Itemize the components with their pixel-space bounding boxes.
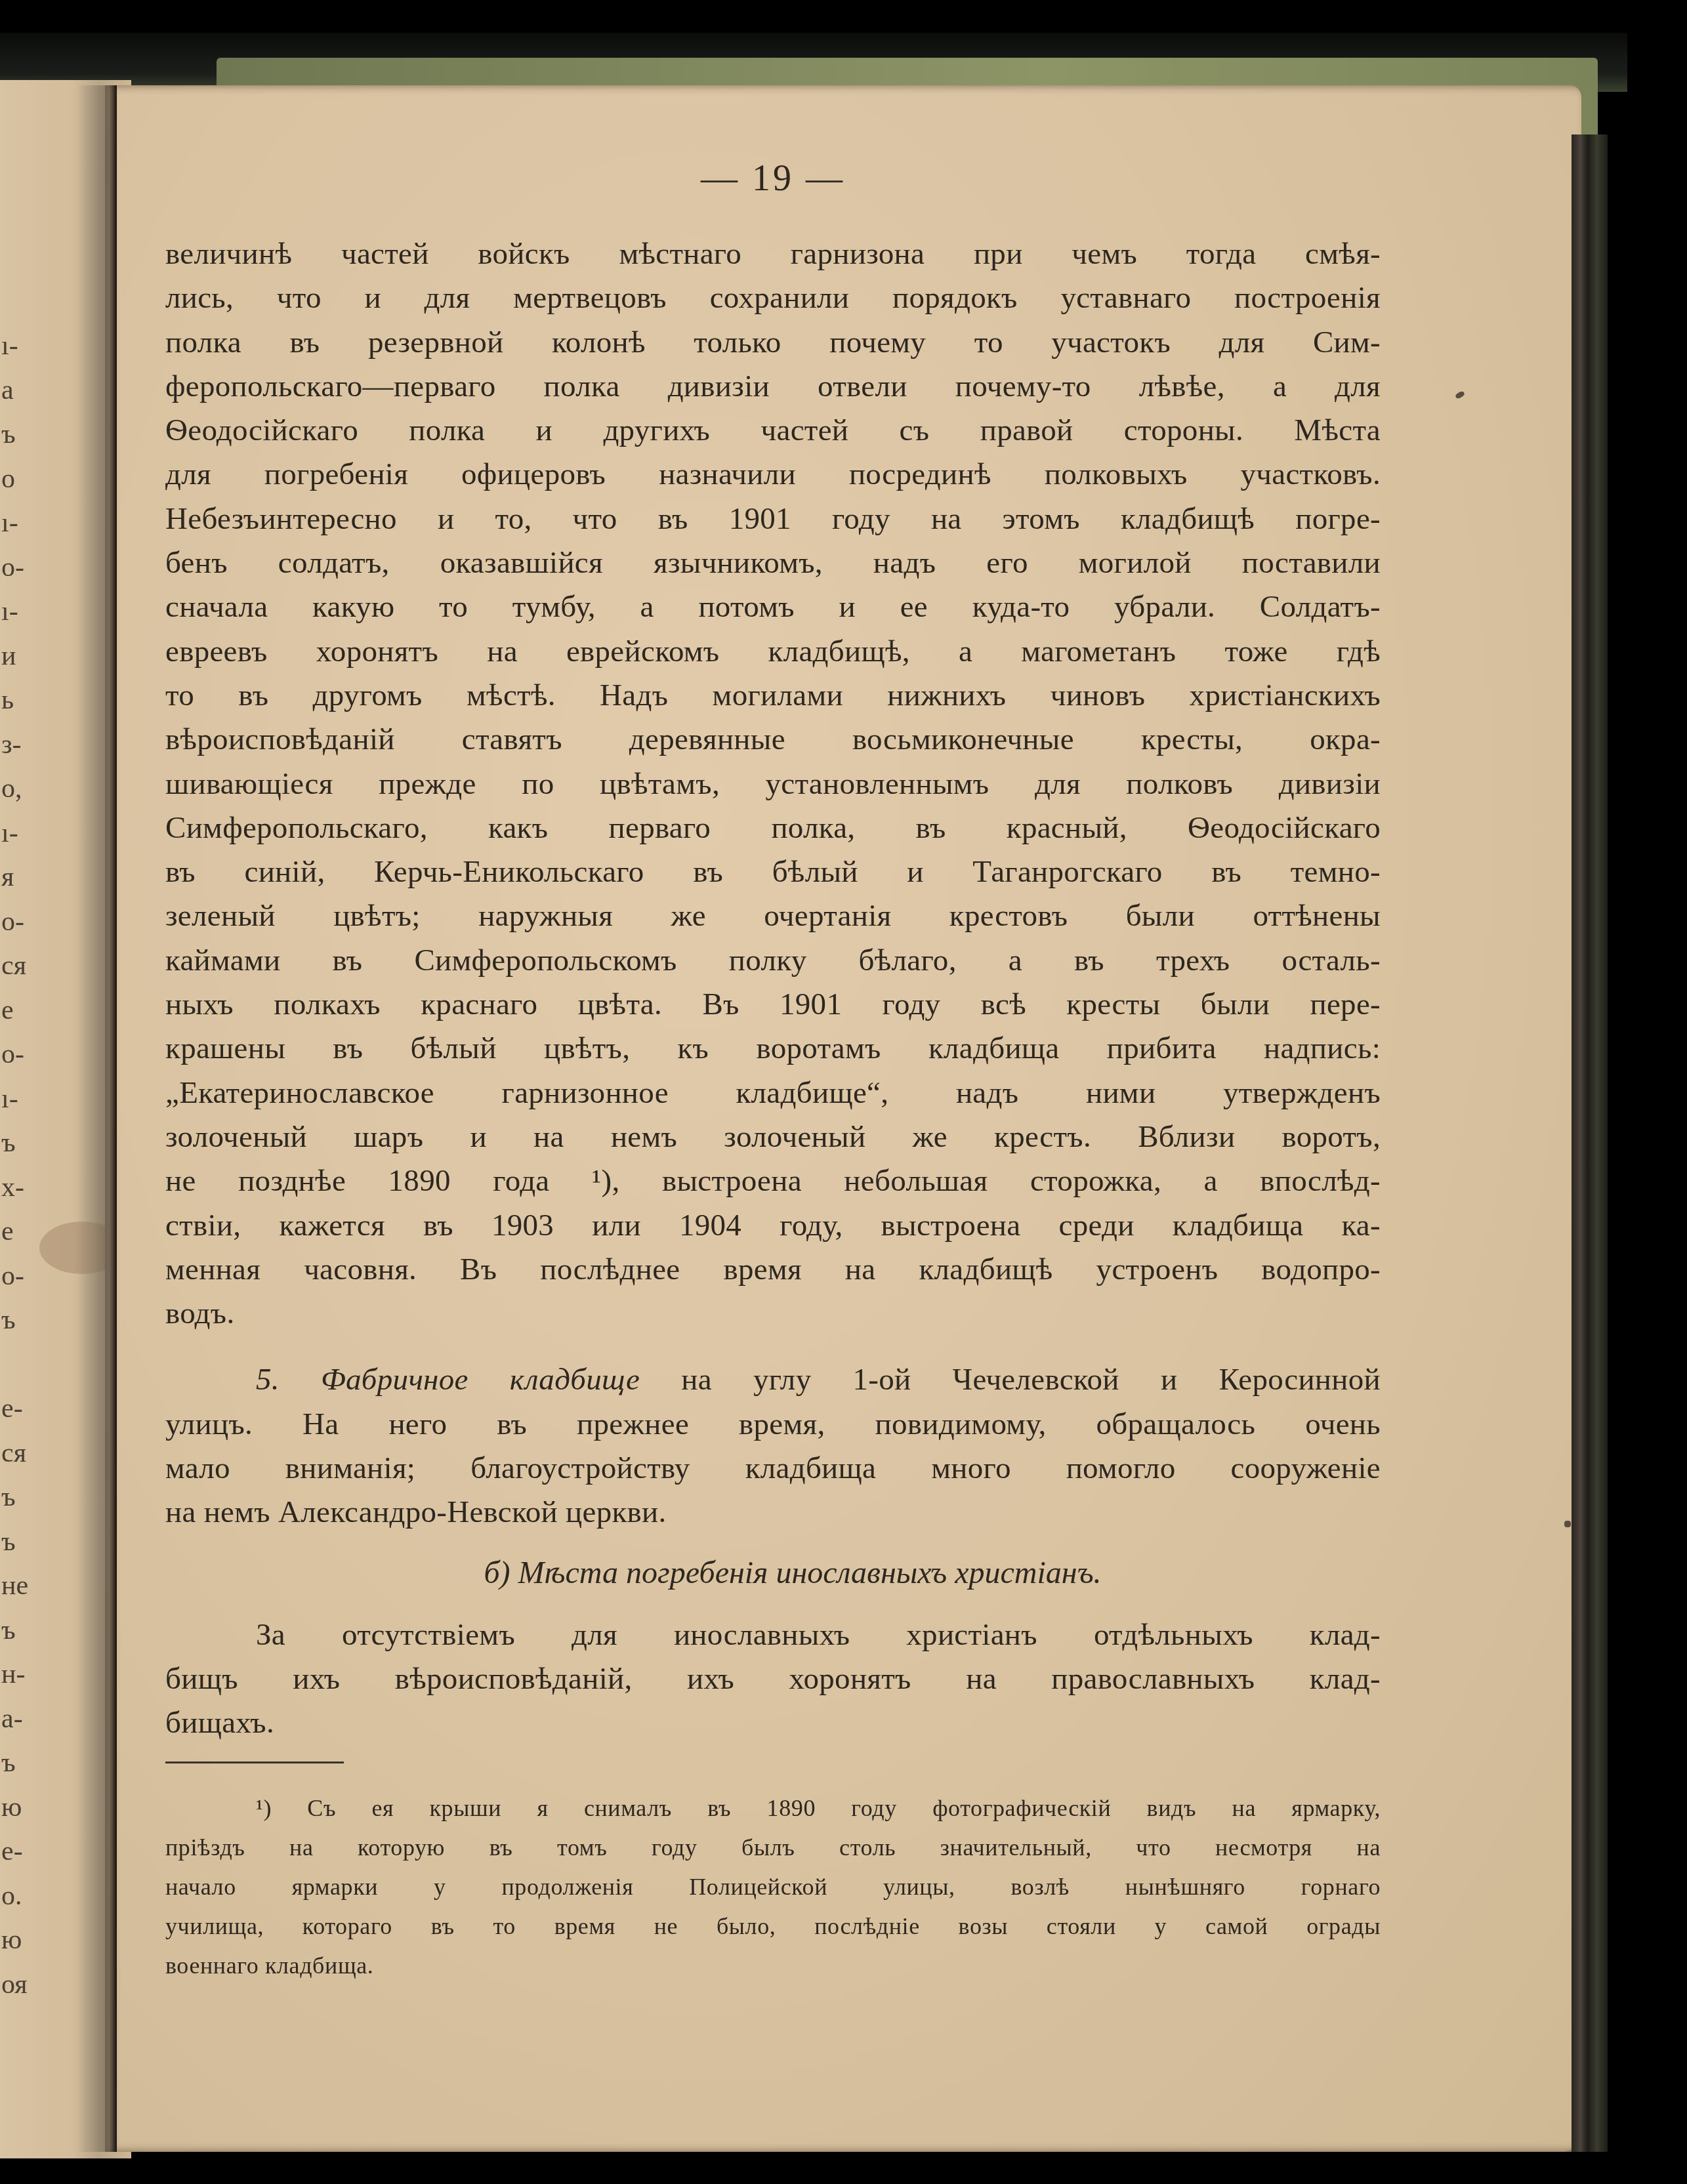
left-page-fragment: е bbox=[1, 1210, 25, 1254]
left-page-fragment: я bbox=[1, 855, 25, 900]
section-5-factory-cemetery: 5. Фабричное кладбище на углу 1-ой Чечел… bbox=[165, 1358, 1381, 1535]
left-page-fragment: ь bbox=[1, 678, 25, 723]
left-page-fragment: ъ bbox=[1, 1741, 25, 1786]
text-line: бенъ солдатъ, оказавшійся язычникомъ, на… bbox=[165, 541, 1381, 585]
left-page-text-fragments: ı-аъоı-о-ı-иьз-о,ı-яо-сяео-ı-ъх-ео-ъе-ся… bbox=[1, 324, 25, 2007]
left-page-fragment: о- bbox=[1, 546, 25, 590]
left-page-fragment: о- bbox=[1, 900, 25, 945]
text-line: каймами въ Симферопольскомъ полку бѣлаго… bbox=[165, 939, 1381, 983]
text-line: то въ другомъ мѣстѣ. Надъ могилами нижни… bbox=[165, 674, 1381, 718]
left-page-fragment: а bbox=[1, 369, 25, 413]
left-page-fragment: е- bbox=[1, 1830, 25, 1874]
text-line: не позднѣе 1890 года ¹), выстроена небол… bbox=[165, 1159, 1381, 1203]
text-line: полка въ резервной колонѣ только почему … bbox=[165, 321, 1381, 365]
footnote-first-line: ¹) Съ ея крыши я снималъ въ 1890 году фо… bbox=[165, 1788, 1381, 1828]
left-page-fragment: ю bbox=[1, 1918, 25, 1963]
footnote-marker: ¹) bbox=[256, 1795, 272, 1821]
left-page-fragment: ъ bbox=[1, 1298, 25, 1343]
text-line: Небезъинтересно и то, что въ 1901 году н… bbox=[165, 497, 1381, 541]
left-page-fragment bbox=[1, 1343, 25, 1388]
left-page-fragment: н- bbox=[1, 1653, 25, 1697]
text-line: евреевъ хоронятъ на еврейскомъ кладбищѣ,… bbox=[165, 630, 1381, 674]
left-page-fragment: о bbox=[1, 457, 25, 502]
text-line: Симферопольскаго, какъ перваго полка, въ… bbox=[165, 806, 1381, 850]
left-page-fragment: ъ bbox=[1, 1475, 25, 1520]
page-number: — 19 — bbox=[165, 152, 1381, 205]
left-page-fragment: о. bbox=[1, 1874, 25, 1919]
text-line: водъ. bbox=[165, 1292, 1381, 1336]
left-page-fragment: з- bbox=[1, 723, 25, 768]
text-line: крашены въ бѣлый цвѣтъ, къ воротамъ клад… bbox=[165, 1027, 1381, 1071]
section-5-title: Фабричное кладбище bbox=[321, 1363, 640, 1397]
left-page-fragment: ı- bbox=[1, 324, 25, 369]
book-gutter bbox=[77, 85, 117, 2152]
left-page-fragment: и bbox=[1, 634, 25, 679]
text-line: зеленый цвѣтъ; наружныя же очертанія кре… bbox=[165, 894, 1381, 938]
text-line: величинѣ частей войскъ мѣстнаго гарнизон… bbox=[165, 232, 1381, 276]
paper-speck bbox=[1564, 1521, 1571, 1527]
text-line: шивающіеся прежде по цвѣтамъ, установлен… bbox=[165, 762, 1381, 806]
left-page-fragment: ı- bbox=[1, 1077, 25, 1122]
paragraph-garrison-cemetery: величинѣ частей войскъ мѣстнаго гарнизон… bbox=[165, 232, 1381, 1336]
section-5-first-line: 5. Фабричное кладбище на углу 1-ой Чечел… bbox=[165, 1358, 1381, 1402]
left-page-fragment: ъ bbox=[1, 1121, 25, 1166]
footnote-divider bbox=[165, 1762, 344, 1763]
text-line: ствіи, кажется въ 1903 или 1904 году, вы… bbox=[165, 1204, 1381, 1248]
paragraph-non-orthodox-burial: За отсутствіемъ для инославныхъ христіан… bbox=[165, 1613, 1381, 1746]
footnote: ¹) Съ ея крыши я снималъ въ 1890 году фо… bbox=[165, 1788, 1381, 1985]
left-page-fragment: не bbox=[1, 1564, 25, 1609]
left-page-fragment: а- bbox=[1, 1697, 25, 1742]
text-line: золоченый шаръ и на немъ золоченый же кр… bbox=[165, 1115, 1381, 1159]
text-line: менная часовня. Въ послѣднее время на кл… bbox=[165, 1248, 1381, 1292]
text-line: въ синій, Керчь-Еникольскаго въ бѣлый и … bbox=[165, 850, 1381, 894]
text-line: „Екатеринославское гарнизонное кладбище“… bbox=[165, 1071, 1381, 1115]
left-page-fragment: ся bbox=[1, 1432, 25, 1476]
left-page-fragment: ı- bbox=[1, 812, 25, 856]
text-line: сначала какую то тумбу, а потомъ и ее ку… bbox=[165, 585, 1381, 629]
left-page-fragment: оя bbox=[1, 1963, 25, 2008]
left-page-fragment: ı- bbox=[1, 590, 25, 634]
left-page-fragment: ъ bbox=[1, 1609, 25, 1653]
left-page-fragment: ся bbox=[1, 944, 25, 989]
text-line: феропольскаго—перваго полка дивизіи отве… bbox=[165, 365, 1381, 409]
page-stack-edge bbox=[1572, 134, 1608, 2152]
subsection-heading: б) Мѣста погребенія инославныхъ христіан… bbox=[165, 1551, 1381, 1595]
text-line: Ѳеодосійскаго полка и другихъ частей съ … bbox=[165, 409, 1381, 453]
left-page-fragment: е- bbox=[1, 1387, 25, 1432]
text-line: ныхъ полкахъ краснаго цвѣта. Въ 1901 год… bbox=[165, 983, 1381, 1027]
text-line: для погребенія офицеровъ назначили посре… bbox=[165, 453, 1381, 497]
text-line: лись, что и для мертвецовъ сохранили пор… bbox=[165, 276, 1381, 320]
left-page-fragment: о- bbox=[1, 1254, 25, 1299]
section-5-number: 5. bbox=[256, 1363, 280, 1397]
left-page-fragment: ı- bbox=[1, 501, 25, 546]
left-page-fragment: о- bbox=[1, 1033, 25, 1077]
left-page-fragment: е bbox=[1, 989, 25, 1033]
left-page-fragment: ъ bbox=[1, 413, 25, 457]
left-page-fragment: ъ bbox=[1, 1520, 25, 1565]
left-page-fragment: о, bbox=[1, 767, 25, 812]
left-page-fragment: х- bbox=[1, 1166, 25, 1210]
text-line: вѣроисповѣданій ставятъ деревянные восьм… bbox=[165, 718, 1381, 762]
left-page-fragment: ю bbox=[1, 1786, 25, 1830]
page-text: — 19 — величинѣ частей войскъ мѣстнаго г… bbox=[165, 152, 1381, 1985]
